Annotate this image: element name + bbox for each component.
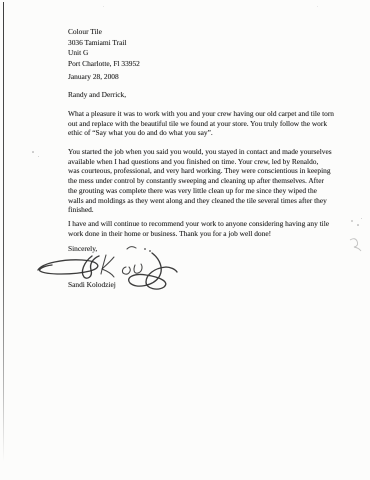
scan-edge-line bbox=[3, 2, 4, 462]
scanned-letter-page: Colour Tile 3036 Tamiami Trail Unit G Po… bbox=[0, 0, 370, 480]
body-line: finished. bbox=[68, 205, 332, 215]
body-line: was courteous, professional, and very ha… bbox=[68, 166, 332, 176]
paragraph-3: I have and will continue to recommend yo… bbox=[68, 219, 329, 238]
body-line: available when I had questions and you f… bbox=[68, 157, 332, 167]
body-line: work done in their home or business. Tha… bbox=[68, 229, 329, 239]
pencil-squiggle-mark bbox=[344, 236, 364, 254]
body-line: walls and moldings as they went along an… bbox=[68, 196, 332, 206]
sender-line: Colour Tile bbox=[68, 27, 140, 38]
sender-address: Colour Tile 3036 Tamiami Trail Unit G Po… bbox=[68, 27, 140, 69]
sender-line: 3036 Tamiami Trail bbox=[68, 38, 140, 49]
sender-line: Unit G bbox=[68, 48, 140, 59]
body-line: the grouting was complete there was very… bbox=[68, 186, 332, 196]
sender-line: Port Charlotte, Fl 33952 bbox=[68, 59, 140, 70]
paragraph-1: What a pleasure it was to work with you … bbox=[68, 109, 334, 138]
body-line: You started the job when you said you wo… bbox=[68, 147, 332, 157]
body-line: the mess under control by constantly swe… bbox=[68, 176, 332, 186]
scan-speckle bbox=[38, 156, 39, 157]
salutation: Randy and Derrick, bbox=[68, 90, 126, 100]
scan-speckle bbox=[357, 224, 359, 226]
letter-date: January 28, 2008 bbox=[68, 72, 119, 82]
body-line: I have and will continue to recommend yo… bbox=[68, 219, 329, 229]
paragraph-2: You started the job when you said you wo… bbox=[68, 147, 332, 215]
body-line: What a pleasure it was to work with you … bbox=[68, 109, 334, 119]
scan-speckle bbox=[317, 6, 318, 7]
scan-speckle bbox=[103, 6, 104, 7]
scan-speckle bbox=[351, 220, 353, 222]
signer-name: Sandi Kolodziej bbox=[68, 280, 116, 290]
scan-speckle bbox=[361, 218, 362, 219]
body-line: out and replace with the beautiful tile … bbox=[68, 119, 334, 129]
body-line: ethic of “Say what you do and do what yo… bbox=[68, 128, 334, 138]
scan-speckle bbox=[32, 151, 34, 153]
